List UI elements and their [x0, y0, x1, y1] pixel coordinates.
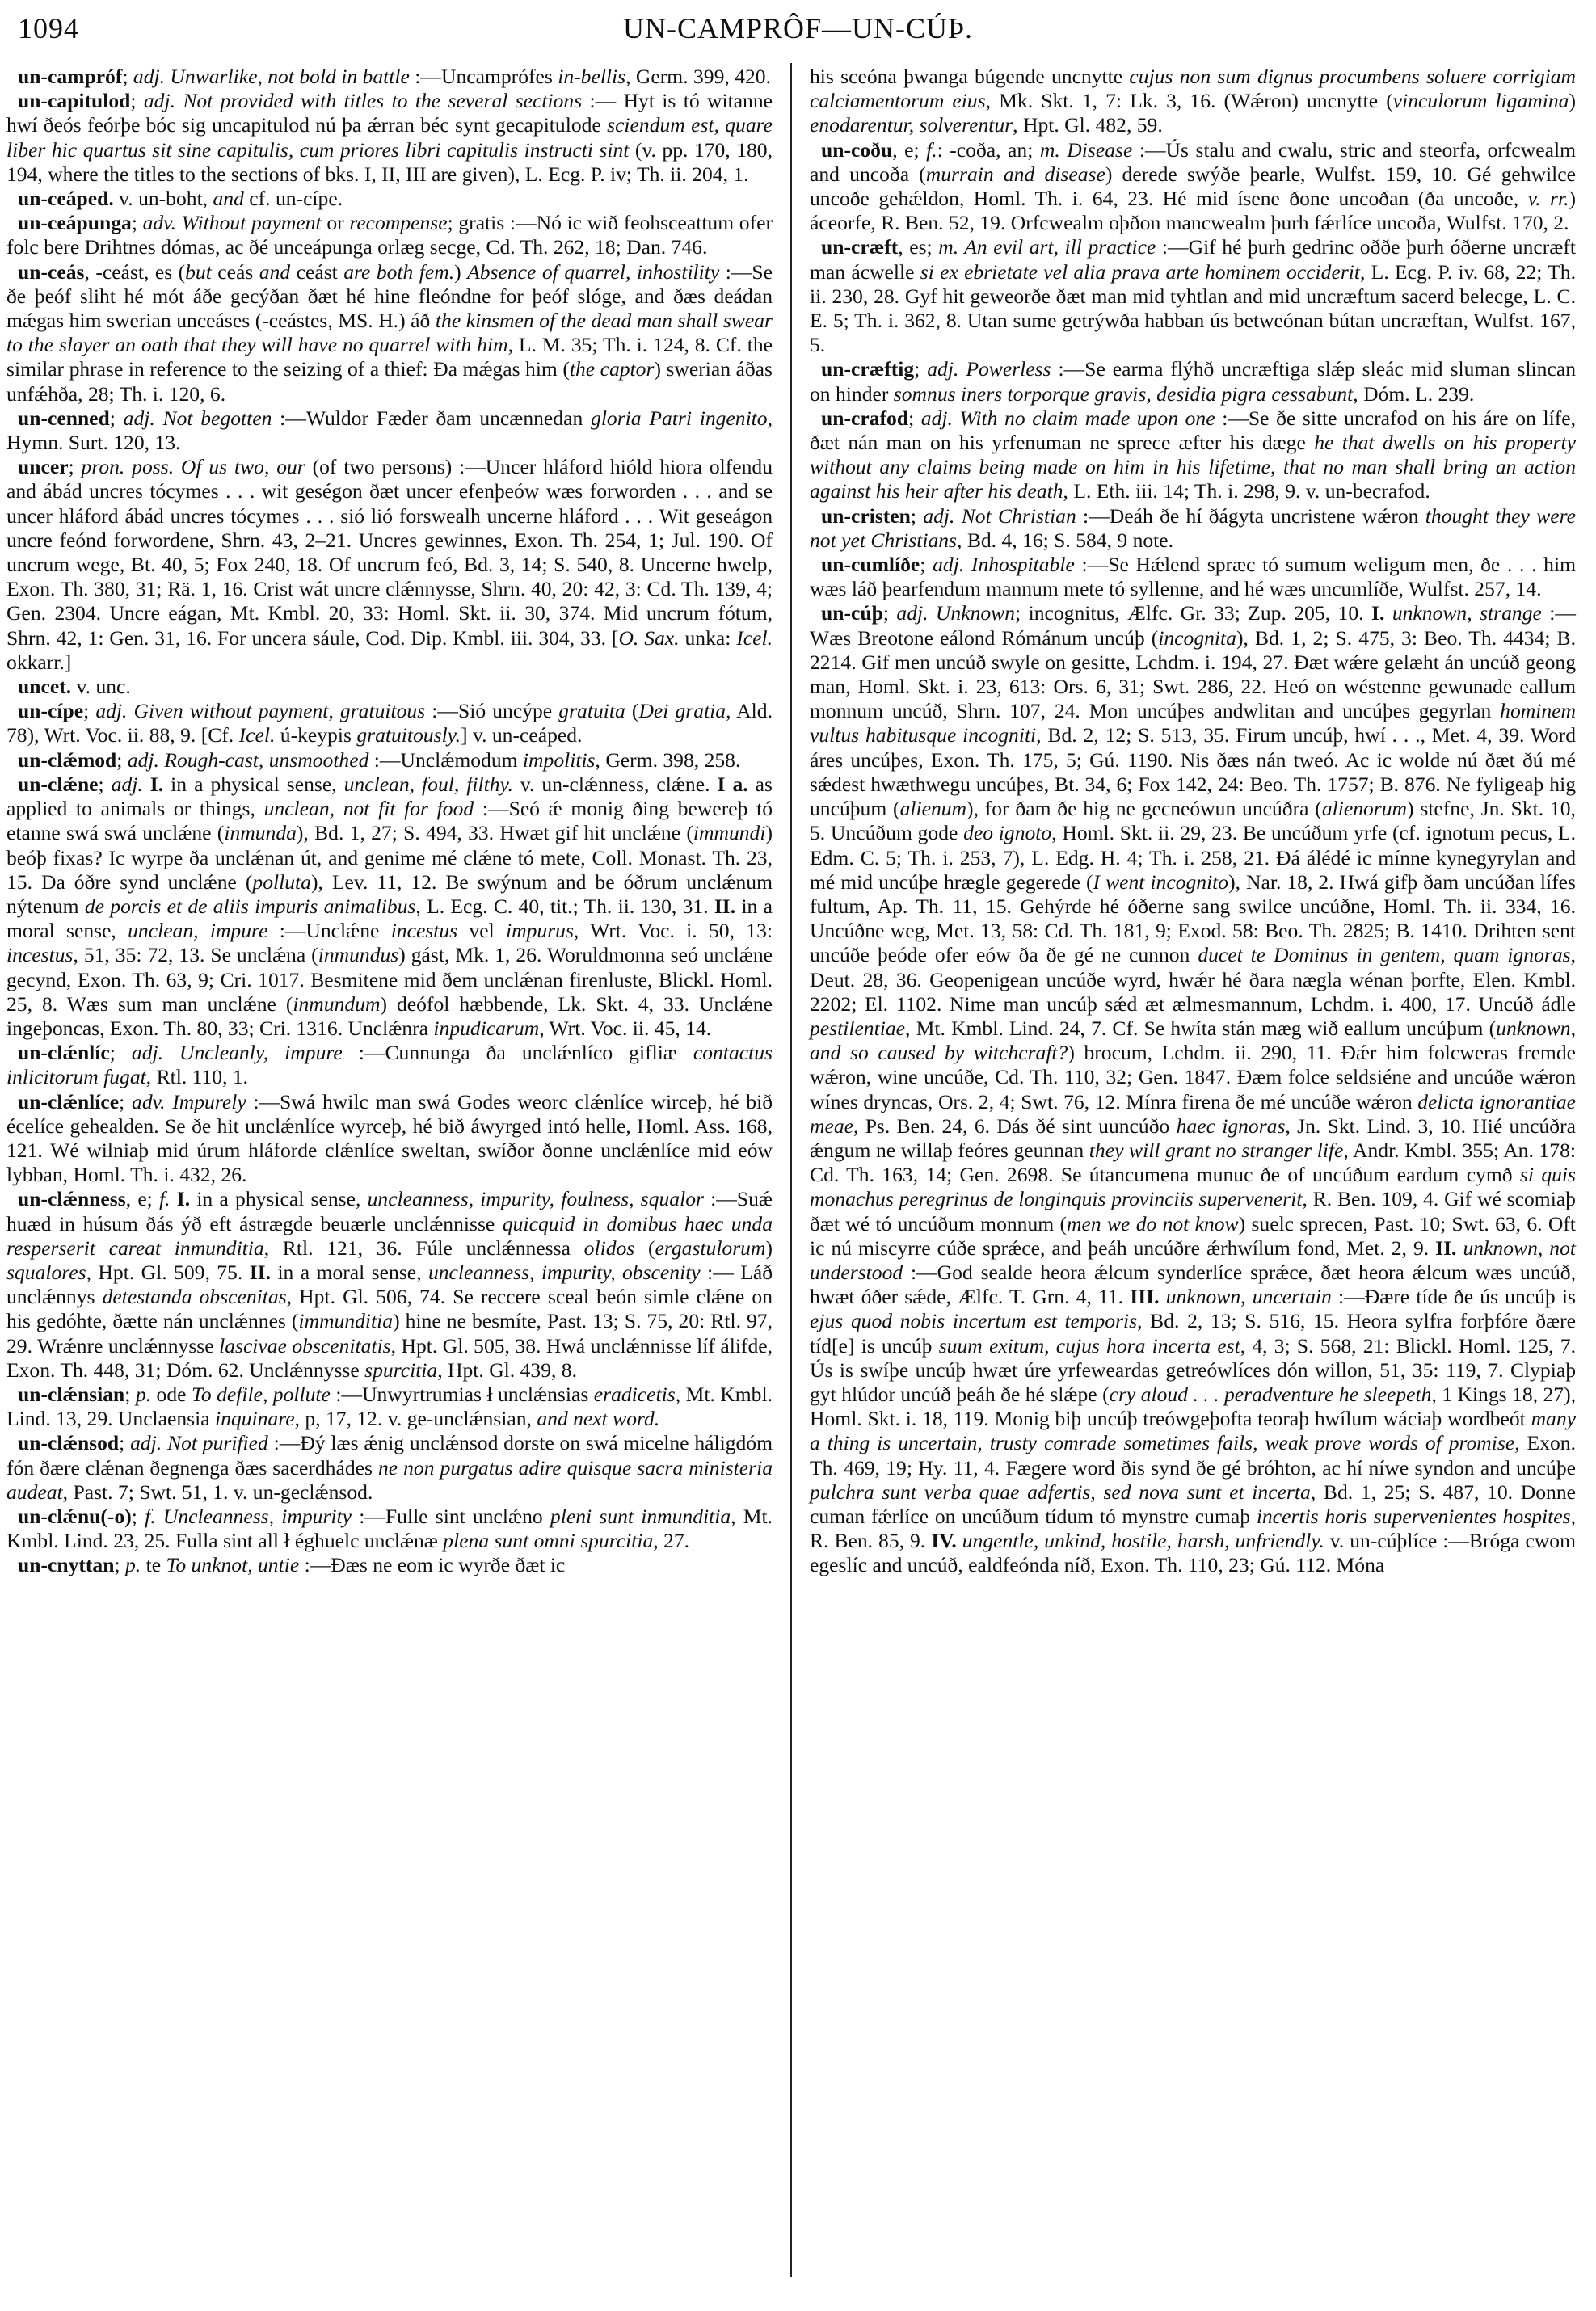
italic-text: lascivae obscenitatis — [219, 1334, 391, 1358]
sense-number: IV. — [931, 1529, 957, 1552]
dictionary-entry: un-cenned; adj. Not begotten :—Wuldor Fæ… — [6, 406, 773, 455]
entry-headword: un-clǽnlíce — [18, 1090, 119, 1113]
entry-headword: un-cumlíðe — [821, 553, 920, 576]
entry-text: :—Unwyrtrumias ł unclǽnsias — [331, 1383, 594, 1406]
italic-text: detestanda obscenitas — [103, 1285, 287, 1308]
entry-text: , Hpt. Gl. 439, 8. — [437, 1358, 577, 1382]
italic-text: O. Sax. — [618, 626, 679, 650]
entry-text — [171, 1187, 177, 1210]
entry-text: ; — [883, 601, 897, 625]
entry-text: , -ceást, es ( — [84, 260, 185, 284]
entry-text: ; — [83, 699, 95, 722]
entry-text: te — [141, 1553, 166, 1576]
sense-number: I. — [150, 772, 163, 796]
italic-text: f. — [159, 1187, 171, 1210]
entry-text: ; — [69, 455, 82, 478]
entry-text: ) — [454, 260, 467, 284]
entry-text: :—Uncamprófes — [410, 65, 558, 88]
dictionary-entry: uncer; pron. poss. Of us two, our (of tw… — [6, 455, 773, 675]
entry-headword: un-crafod — [821, 406, 908, 430]
italic-text: adj. Not begotten — [124, 406, 272, 430]
entry-text: , Hpt. Gl. 509, 75. — [86, 1261, 250, 1284]
entry-text: ; — [132, 1505, 145, 1528]
entry-headword: un-coðu — [821, 138, 892, 162]
entry-text: ; — [908, 406, 921, 430]
italic-text: polluta — [252, 870, 311, 894]
italic-text: inmundus — [318, 943, 399, 966]
entry-text: ; — [911, 504, 923, 528]
entry-text: ; — [119, 1090, 132, 1113]
entry-text: , Rtl. 110, 1. — [146, 1065, 248, 1088]
italic-text: olidos — [584, 1236, 635, 1260]
entry-text: , L. Eth. iii. 14; Th. i. 298, 9. v. un-… — [1063, 479, 1430, 503]
italic-text: si ex ebrietate vel alia prava arte homi… — [920, 260, 1360, 284]
entry-text: ; — [99, 772, 112, 796]
italic-text: somnus iners torporque gravis, desidia p… — [894, 382, 1354, 406]
entry-text — [143, 772, 150, 796]
italic-text: spurcitia — [364, 1358, 437, 1382]
italic-text: inquinare — [215, 1407, 295, 1430]
italic-text: f. Uncleanness, impurity — [145, 1505, 352, 1528]
dictionary-entry: un-clǽne; adj. I. in a physical sense, u… — [6, 772, 773, 1041]
entry-text — [1160, 1285, 1166, 1308]
italic-text: murrain and disease — [926, 162, 1105, 186]
italic-text: Dei gratia — [638, 699, 726, 722]
dictionary-entry: un-cræft, es; m. An evil art, ill practi… — [810, 235, 1576, 357]
dictionary-entry: his sceóna þwanga búgende uncnytte cujus… — [810, 65, 1576, 138]
italic-text: inmunda — [224, 821, 297, 844]
entry-text: or — [322, 211, 350, 234]
dictionary-entry: un-ceás, -ceást, es (but ceás and ceást … — [6, 260, 773, 406]
entry-text: , e; — [126, 1187, 159, 1210]
dictionary-entry: un-clǽnlíc; adj. Uncleanly, impure :—Cun… — [6, 1041, 773, 1089]
italic-text: and — [213, 187, 243, 210]
dictionary-entry: un-cristen; adj. Not Christian :—Ðeáh ðe… — [810, 504, 1576, 553]
entry-text: ( — [625, 699, 639, 722]
entry-text: :—Cunnunga ða unclǽnlíco gifliæ — [343, 1041, 693, 1064]
entry-text: his sceóna þwanga búgende uncnytte — [810, 65, 1129, 88]
entry-text: , p, 17, 12. v. ge-unclǽnsian, — [295, 1407, 537, 1430]
entry-text: in a physical sense, — [163, 772, 343, 796]
italic-text: cry aloud . . . peradventure he sleepeth — [1110, 1383, 1432, 1406]
dictionary-entry: un-coðu, e; f.: -coða, an; m. Disease :—… — [810, 138, 1576, 236]
entry-text: ; — [119, 1431, 130, 1454]
italic-text: ducet te Dominus in gentem, quam ignoras — [1198, 943, 1570, 966]
italic-text: p. — [136, 1383, 151, 1406]
entry-headword: un-clǽnsian — [18, 1383, 124, 1406]
entry-headword: un-clǽnsod — [18, 1431, 119, 1454]
italic-text: eradicetis — [594, 1383, 676, 1406]
italic-text: incognita — [1158, 626, 1236, 650]
dictionary-entry: un-ceápunga; adv. Without payment or rec… — [6, 211, 773, 259]
entry-text: :—Fulle sint unclǽno — [352, 1505, 550, 1528]
entry-text: in a physical sense, — [190, 1187, 367, 1210]
entry-headword: un-clǽne — [18, 772, 99, 796]
dictionary-entry: un-cumlíðe; adj. Inhospitable :—Se Hǽlen… — [810, 553, 1576, 601]
italic-text: unclean, not fit for food — [264, 797, 474, 820]
italic-text: incestus — [391, 919, 457, 942]
italic-text: unclean, impure — [128, 919, 267, 942]
italic-text: immundi — [693, 821, 766, 844]
italic-text: f. — [926, 138, 937, 162]
entry-text: :—Sió uncýpe — [425, 699, 558, 722]
italic-text: unknown, uncertain — [1166, 1285, 1332, 1308]
entry-headword: un-ceáped. — [18, 187, 114, 210]
italic-text: de porcis et de aliis impuris animalibus — [85, 895, 416, 918]
dictionary-entry: un-clǽnsian; p. ode To defile, pollute :… — [6, 1383, 773, 1431]
italic-text: suum exitum, cujus hora incerta est — [939, 1334, 1240, 1358]
entry-text: v. un-clǽnness, clǽne. — [513, 772, 718, 796]
entry-text: :—Ðæs ne eom ic wyrðe ðæt ic — [299, 1553, 565, 1576]
entry-text: ; — [116, 748, 128, 772]
italic-text: adj. Unwarlike, not bold in battle — [133, 65, 410, 88]
entry-text: ; — [130, 89, 143, 112]
italic-text: incertis horis supervenientes hospites — [1257, 1505, 1571, 1528]
italic-text: pestilentiae — [810, 1017, 905, 1040]
dictionary-entry: un-clǽnlíce; adv. Impurely :—Swá hwilc m… — [6, 1090, 773, 1188]
entry-text: v. unc. — [71, 675, 131, 698]
entry-text: :—Unclǽmodum — [368, 748, 523, 772]
italic-text: To defile, pollute — [192, 1383, 331, 1406]
italic-text: p. — [125, 1553, 141, 1576]
entry-text: v. un-boht, — [114, 187, 213, 210]
entry-text: , Past. 7; Swt. 51, 1. v. un-geclǽnsod. — [63, 1480, 373, 1504]
italic-text: I went incognito — [1093, 870, 1229, 894]
italic-text: ejus quod nobis incertum est temporis — [810, 1309, 1137, 1332]
sense-number: II. — [250, 1261, 271, 1284]
entry-text: ; — [124, 1383, 136, 1406]
entry-text: ; — [122, 65, 133, 88]
entry-text: :—Ðære tíde ðe ús uncúþ is — [1332, 1285, 1576, 1308]
entry-text: ceás — [212, 260, 259, 284]
entry-text: , Ps. Ben. 24, 6. Ðás ðé sint uuncúðo — [853, 1114, 1177, 1138]
entry-headword: un-ceás — [18, 260, 84, 284]
italic-text: alienum — [900, 797, 966, 820]
entry-headword: un-cræftig — [821, 357, 914, 381]
dictionary-entry: un-campróf; adj. Unwarlike, not bold in … — [6, 65, 773, 89]
italic-text: inmundum — [293, 992, 380, 1016]
italic-text: gloria Patri ingenito — [591, 406, 768, 430]
entry-text: ; — [114, 1553, 125, 1576]
entry-text: ] v. un-ceáped. — [461, 723, 582, 747]
entry-text: unka: — [680, 626, 737, 650]
entry-text: , 27. — [653, 1529, 689, 1552]
dictionary-entry: un-capitulod; adj. Not provided with tit… — [6, 89, 773, 187]
italic-text: pleni sunt inmunditia — [550, 1505, 731, 1528]
italic-text: adj. Given without payment, gratuitous — [95, 699, 425, 722]
italic-text: gratuita — [558, 699, 625, 722]
italic-text: impurus — [506, 919, 574, 942]
italic-text: To unknot, untie — [166, 1553, 299, 1576]
italic-text: they will grant no stranger life — [1089, 1139, 1344, 1162]
entry-text: , Hpt. Gl. 482, 59. — [1013, 113, 1163, 137]
italic-text: adj. — [112, 772, 143, 796]
italic-text: are both fem. — [343, 260, 454, 284]
dictionary-entry: un-cípe; adj. Given without payment, gra… — [6, 699, 773, 747]
italic-text: adj. With no claim made upon one — [921, 406, 1215, 430]
italic-text: plena sunt omni spurcitia — [443, 1529, 653, 1552]
italic-text: unclean, foul, filthy. — [344, 772, 513, 796]
entry-headword: un-cristen — [821, 504, 911, 528]
entry-headword: uncer — [18, 455, 69, 478]
entry-text: ; — [914, 357, 927, 381]
entry-text: okkarr.] — [6, 650, 71, 674]
italic-text: vinculorum ligamina — [1393, 89, 1569, 112]
entry-text: , 51, 35: 72, 13. Se unclǽna ( — [73, 943, 318, 966]
entry-text: , Rtl. 121, 36. Fúle unclǽnnessa — [264, 1236, 584, 1260]
entry-text: , Germ. 398, 258. — [596, 748, 741, 772]
entry-text: ; — [920, 553, 933, 576]
entry-headword: un-ceápunga — [18, 211, 132, 234]
dictionary-entry: un-clǽnu(-o); f. Uncleanness, impurity :… — [6, 1505, 773, 1553]
sense-number: I. — [1371, 601, 1384, 625]
italic-text: adv. Impurely — [132, 1090, 246, 1113]
italic-text: and next word. — [537, 1407, 659, 1430]
entry-text: in a moral sense, — [271, 1261, 428, 1284]
italic-text: Absence of quarrel, inhostility — [467, 260, 719, 284]
entry-headword: un-cræft — [821, 235, 898, 259]
italic-text: men we do not know — [1067, 1212, 1239, 1235]
italic-text: inpudicarum — [433, 1017, 539, 1040]
entry-headword: un-clǽnu(-o) — [18, 1505, 132, 1528]
entry-text: ), Bd. 1, 27; S. 494, 33. Hwæt gif hit u… — [297, 821, 693, 844]
italic-text: v. rr. — [1528, 187, 1569, 210]
italic-text: adj. Inhospitable — [933, 553, 1075, 576]
italic-text: ergastulorum — [655, 1236, 765, 1260]
entry-text — [957, 1529, 962, 1552]
dictionary-entry: un-cræftig; adj. Powerless :—Se earma fl… — [810, 357, 1576, 406]
italic-text: in-bellis — [558, 65, 625, 88]
sense-number: I a. — [718, 772, 748, 796]
italic-text: uncleanness, impurity, obscenity — [428, 1261, 701, 1284]
left-column: un-campróf; adj. Unwarlike, not bold in … — [6, 65, 773, 1578]
italic-text: immunditia — [298, 1309, 393, 1332]
page-header: 1094 UN-CAMPRÔF—UN-CÚÞ. — [18, 11, 1578, 47]
sense-number: II. — [714, 895, 735, 918]
italic-text: pron. poss. Of us two, our — [82, 455, 305, 478]
entry-text: :—Wuldor Fæder ðam uncænnedan — [272, 406, 591, 430]
entry-text: cf. un-cípe. — [244, 187, 343, 210]
italic-text: and — [259, 260, 290, 284]
entry-text: ú-keypis — [275, 723, 356, 747]
entry-text: ; — [110, 406, 124, 430]
italic-text: alienorum — [1322, 797, 1407, 820]
dictionary-entry: un-ceáped. v. un-boht, and cf. un-cípe. — [6, 187, 773, 211]
sense-number: III. — [1130, 1285, 1159, 1308]
entry-text: :—Unclǽne — [267, 919, 390, 942]
entry-text: : -coða, an; — [937, 138, 1040, 162]
dictionary-entry: un-clǽnsod; adj. Not purified :—Ðý læs ǽ… — [6, 1431, 773, 1505]
entry-text: ; incognitus, Ælfc. Gr. 33; Zup. 205, 10… — [1015, 601, 1371, 625]
italic-text: but — [185, 260, 212, 284]
entry-text: :—Ðeáh ðe hí ðágyta uncristene wǽron — [1076, 504, 1425, 528]
italic-text: squalores — [6, 1261, 86, 1284]
entry-headword: un-clǽnness — [18, 1187, 126, 1210]
entry-text — [1384, 601, 1392, 625]
right-column: his sceóna þwanga búgende uncnytte cujus… — [810, 65, 1576, 1578]
entry-headword: un-capitulod — [18, 89, 130, 112]
entry-headword: uncet. — [18, 675, 71, 698]
dictionary-entry: un-crafod; adj. With no claim made upon … — [810, 406, 1576, 504]
italic-text: the captor — [570, 357, 655, 381]
italic-text: m. An evil art, ill practice — [938, 235, 1156, 259]
running-head: UN-CAMPRÔF—UN-CÚÞ. — [18, 11, 1578, 45]
entry-text: , es; — [898, 235, 938, 259]
italic-text: Icel. — [736, 626, 773, 650]
entry-text: , Bd. 4, 16; S. 584, 9 note. — [957, 528, 1173, 552]
entry-text: , Mk. Skt. 1, 7: Lk. 3, 16. (Wǽron) uncn… — [986, 89, 1393, 112]
italic-text: gratuitously. — [356, 723, 461, 747]
entry-text: ( — [634, 1236, 655, 1260]
dictionary-entry: uncet. v. unc. — [6, 675, 773, 699]
italic-text: haec ignoras — [1177, 1114, 1286, 1138]
entry-text: , Dóm. L. 239. — [1353, 382, 1474, 406]
entry-headword: un-cúþ — [821, 601, 883, 625]
italic-text: adj. Not provided with titles to the sev… — [144, 89, 582, 112]
entry-text: , L. Ecg. C. 40, tit.; Th. ii. 130, 31. — [415, 895, 714, 918]
italic-text: uncleanness, impurity, foulness, squalor — [368, 1187, 704, 1210]
entry-headword: un-clǽmod — [18, 748, 116, 772]
entry-text: (of two persons) :—Uncer hláford hióld h… — [6, 455, 773, 649]
italic-text: adj. Unknown — [896, 601, 1015, 625]
italic-text: adj. Uncleanly, impure — [132, 1041, 343, 1064]
italic-text: ungentle, unkind, hostile, harsh, unfrie… — [962, 1529, 1324, 1552]
entry-text: ; — [110, 1041, 132, 1064]
italic-text: enodarentur, solverentur — [810, 113, 1013, 137]
italic-text: pulchra sunt verba quae adfertis, sed no… — [810, 1480, 1311, 1504]
entry-text: ode — [151, 1383, 192, 1406]
entry-headword: un-campróf — [18, 65, 122, 88]
italic-text: incestus — [6, 943, 73, 966]
entry-text: , e; — [892, 138, 926, 162]
entry-text: , Wrt. Voc. ii. 45, 14. — [539, 1017, 711, 1040]
italic-text: adj. Powerless — [927, 357, 1051, 381]
italic-text: impolitis — [523, 748, 596, 772]
italic-text: adj. Not Christian — [923, 504, 1076, 528]
italic-text: deo ignoto — [963, 821, 1051, 844]
entry-text: ceást — [290, 260, 343, 284]
italic-text: adj. Not purified — [130, 1431, 268, 1454]
column-divider — [790, 63, 792, 2277]
entry-text: ), for ðam ðe hig ne gecneówun uncúðra ( — [966, 797, 1322, 820]
entry-headword: un-cípe — [18, 699, 83, 722]
italic-text: adj. Rough-cast, unsmoothed — [128, 748, 369, 772]
sense-number: II. — [1435, 1236, 1456, 1260]
dictionary-entry: un-cnyttan; p. te To unknot, untie :—Ðæs… — [6, 1553, 773, 1577]
dictionary-entry: un-clǽnness, e; f. I. in a physical sens… — [6, 1187, 773, 1383]
entry-text: , Wrt. Voc. i. 50, 13: — [574, 919, 773, 942]
entry-text: ; — [132, 211, 143, 234]
italic-text: m. Disease — [1040, 138, 1132, 162]
entry-text: ) — [765, 1236, 773, 1260]
dictionary-entry: un-cúþ; adj. Unknown; incognitus, Ælfc. … — [810, 601, 1576, 1577]
entry-headword: un-cnyttan — [18, 1553, 114, 1576]
entry-text: , Germ. 399, 420. — [625, 65, 771, 88]
italic-text: Icel. — [239, 723, 276, 747]
entry-headword: un-clǽnlíc — [18, 1041, 110, 1064]
sense-number: I. — [177, 1187, 190, 1210]
italic-text: recompense — [349, 211, 447, 234]
entry-text: , Mt. Kmbl. Lind. 24, 7. Cf. Se hwíta st… — [905, 1017, 1496, 1040]
dictionary-entry: un-clǽmod; adj. Rough-cast, unsmoothed :… — [6, 748, 773, 772]
italic-text: adv. Without payment — [143, 211, 322, 234]
italic-text: unknown, strange — [1392, 601, 1542, 625]
entry-text: ) — [1569, 89, 1576, 112]
entry-headword: un-cenned — [18, 406, 110, 430]
entry-text: vel — [457, 919, 506, 942]
